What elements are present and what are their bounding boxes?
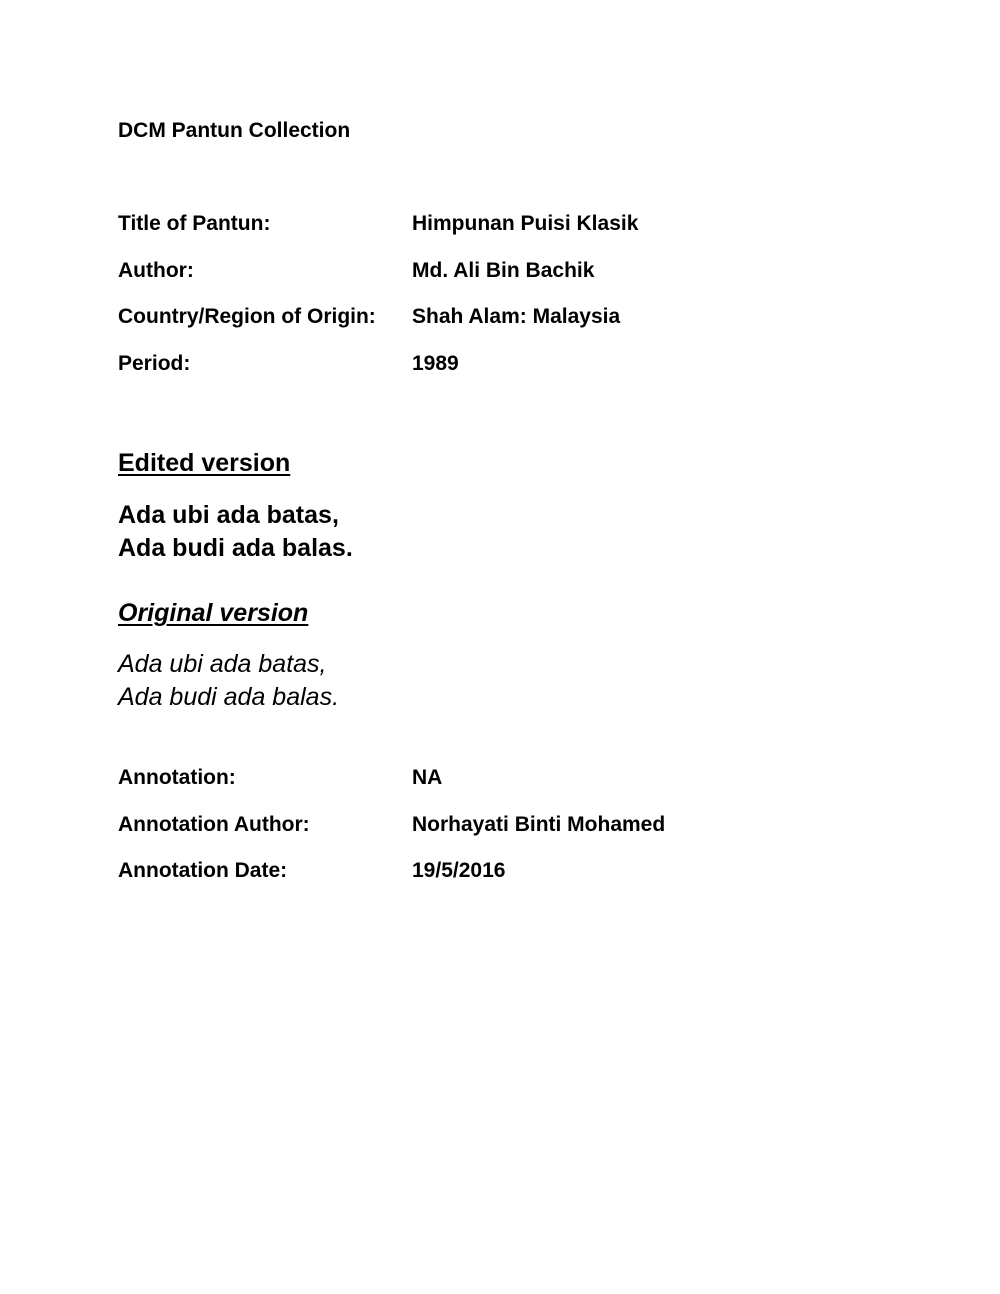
annotation-label: Annotation: [118,765,236,791]
meta-label: Country/Region of Origin: [118,304,376,330]
original-version-heading: Original version [118,598,308,628]
document-page: DCM Pantun Collection Title of Pantun: H… [0,0,1000,1294]
annotation-label: Annotation Author: [118,812,310,838]
verse-line: Ada ubi ada batas, [118,499,353,532]
edited-version-heading: Edited version [118,448,290,478]
collection-title: DCM Pantun Collection [118,118,350,144]
meta-value: 1989 [412,351,459,377]
annotation-value: NA [412,765,442,791]
meta-value: Himpunan Puisi Klasik [412,211,638,237]
meta-label: Period: [118,351,190,377]
verse-line: Ada budi ada balas. [118,532,353,565]
meta-label: Author: [118,258,194,284]
annotation-value: 19/5/2016 [412,858,505,884]
edited-verse: Ada ubi ada batas, Ada budi ada balas. [118,499,353,565]
annotation-label: Annotation Date: [118,858,287,884]
meta-value: Shah Alam: Malaysia [412,304,620,330]
annotation-value: Norhayati Binti Mohamed [412,812,665,838]
meta-label: Title of Pantun: [118,211,270,237]
verse-line: Ada ubi ada batas, [118,648,339,681]
meta-value: Md. Ali Bin Bachik [412,258,594,284]
verse-line: Ada budi ada balas. [118,681,339,714]
original-verse: Ada ubi ada batas, Ada budi ada balas. [118,648,339,714]
